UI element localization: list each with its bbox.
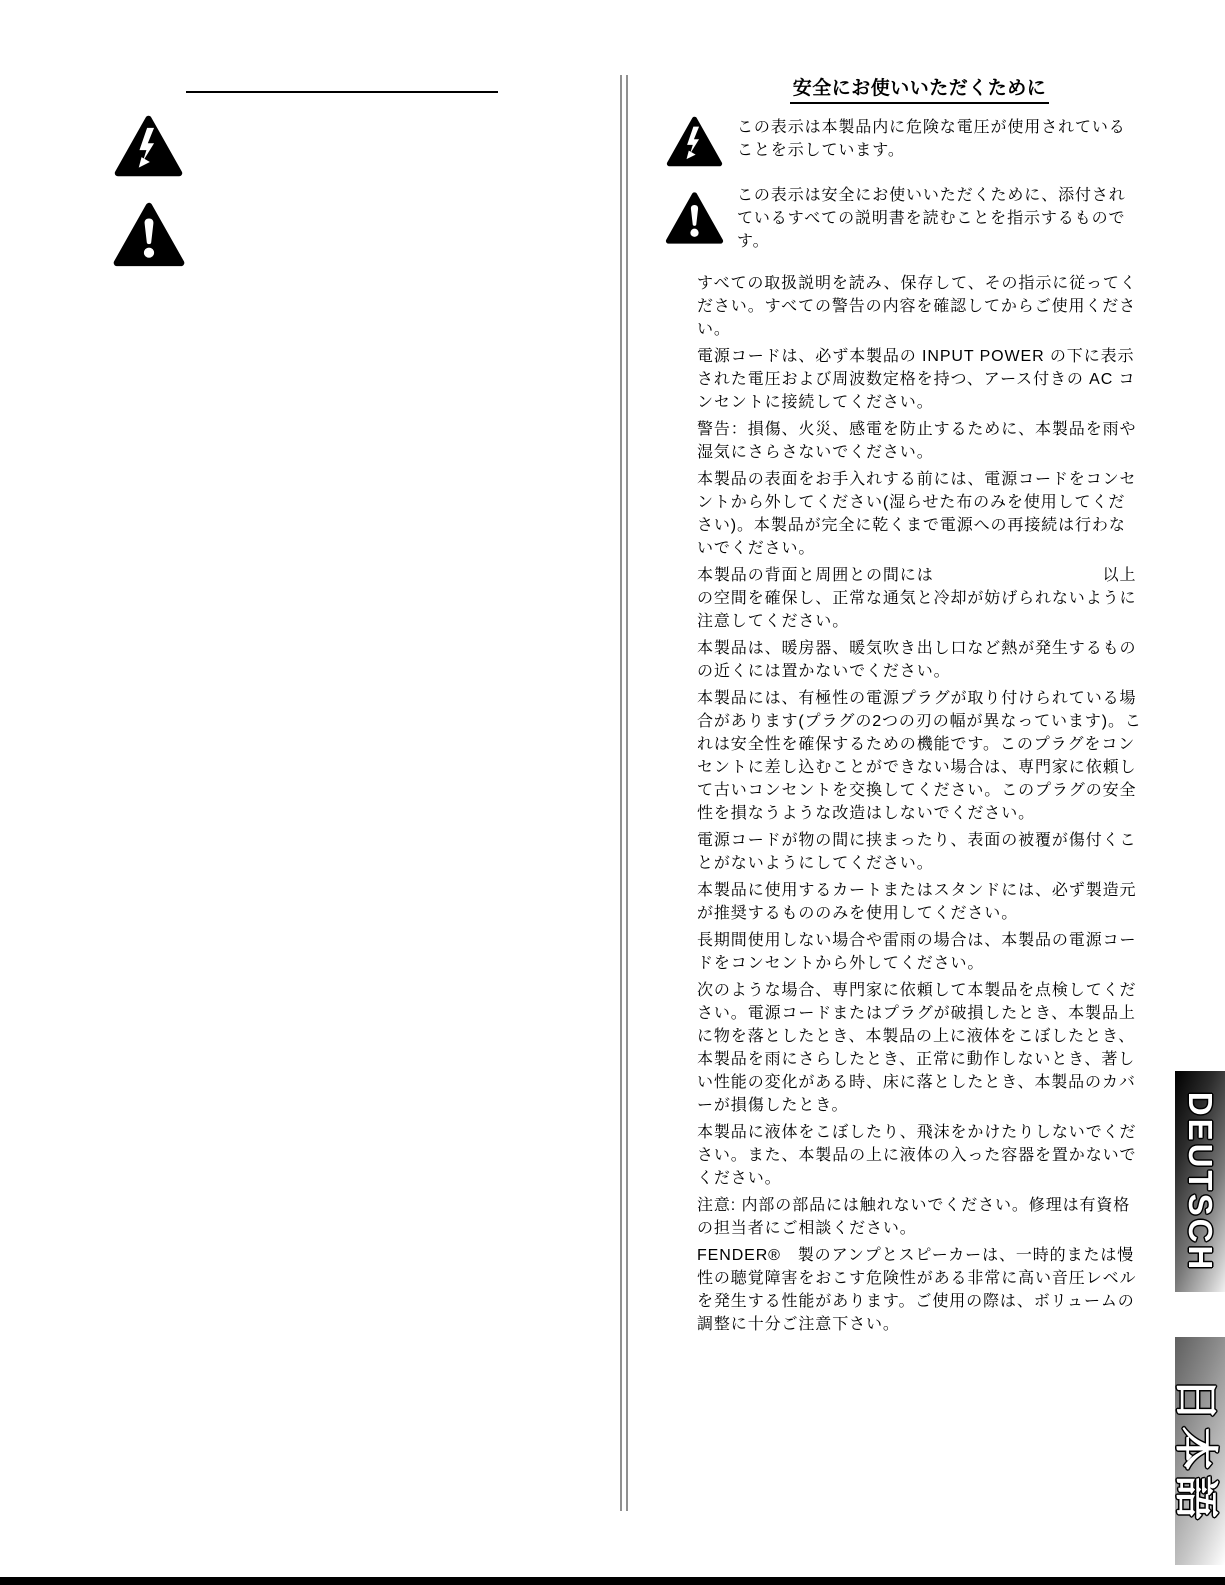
safety-paragraph: すべての取扱説明を読み、保存して、その指示に従ってください。すべての警告の内容を… [697,272,1142,341]
safety-paragraphs: すべての取扱説明を読み、保存して、その指示に従ってください。すべての警告の内容を… [697,272,1142,1340]
side-tab-japanese-label: 日本語 [1175,1378,1225,1525]
column-divider [620,75,628,1511]
safety-paragraph: 長期間使用しない場合や雷雨の場合は、本製品の電源コードをコンセントから外してくだ… [697,929,1142,975]
high-voltage-note: この表示は本製品内に危険な電圧が使用されていることを示しています。 [737,116,1129,162]
safety-paragraph: 警告：損傷、火災、感電を防止するために、本製品を雨や湿気にさらさないでください。 [697,418,1142,464]
page-bottom-bar [0,1577,1225,1585]
side-tab-deutsch-label: DEUTSCH [1181,1091,1219,1272]
safety-paragraph: 本製品に液体をこぼしたり、飛沫をかけたりしないでください。また、本製品の上に液体… [697,1121,1142,1190]
left-column-rule [186,91,498,93]
safety-paragraph: 次のような場合、専門家に依頼して本製品を点検してください。電源コードまたはプラグ… [697,979,1142,1117]
caution-triangle-icon [112,201,186,268]
safety-paragraph: 本製品の背面と周囲との間には 以上の空間を確保し、正常な通気と冷却が妨げられない… [697,564,1142,633]
safety-paragraph: 本製品の表面をお手入れする前には、電源コードをコンセントから外してください(湿ら… [697,468,1142,560]
manual-safety-page: 安全にお使いいただくために この表示は本製品内に危険な電圧が使用されていることを… [0,0,1225,1585]
safety-paragraph: FENDER® 製のアンプとスピーカーは、一時的または慢性の聴覚障害をおこす危険… [697,1244,1142,1336]
caution-triangle-icon [665,182,724,254]
safety-paragraph: 本製品には、有極性の電源プラグが取り付けられている場合があります(プラグの2つの… [697,687,1142,825]
side-tab-deutsch: DEUTSCH [1175,1071,1225,1292]
safety-title-row: 安全にお使いいただくために [697,73,1142,104]
caution-note: この表示は安全にお使いいただくために、添付されているすべての説明書を読むことを指… [737,184,1129,253]
safety-paragraph: 注意: 内部の部品には触れないでください。修理は有資格の担当者にご相談ください。 [697,1194,1142,1240]
side-tab-japanese: 日本語 [1175,1337,1225,1565]
page-title: 安全にお使いいただくために [790,73,1050,104]
safety-paragraph: 電源コードが物の間に挟まったり、表面の被覆が傷付くことがないようにしてください。 [697,829,1142,875]
safety-paragraph: 本製品に使用するカートまたはスタンドには、必ず製造元が推奨するもののみを使用して… [697,879,1142,925]
safety-paragraph: 本製品は、暖房器、暖気吹き出し口など熱が発生するものの近くには置かないでください… [697,637,1142,683]
high-voltage-triangle-icon [112,114,185,178]
high-voltage-triangle-icon [666,107,723,176]
safety-paragraph: 電源コードは、必ず本製品の INPUT POWER の下に表示された電圧および周… [697,345,1142,414]
